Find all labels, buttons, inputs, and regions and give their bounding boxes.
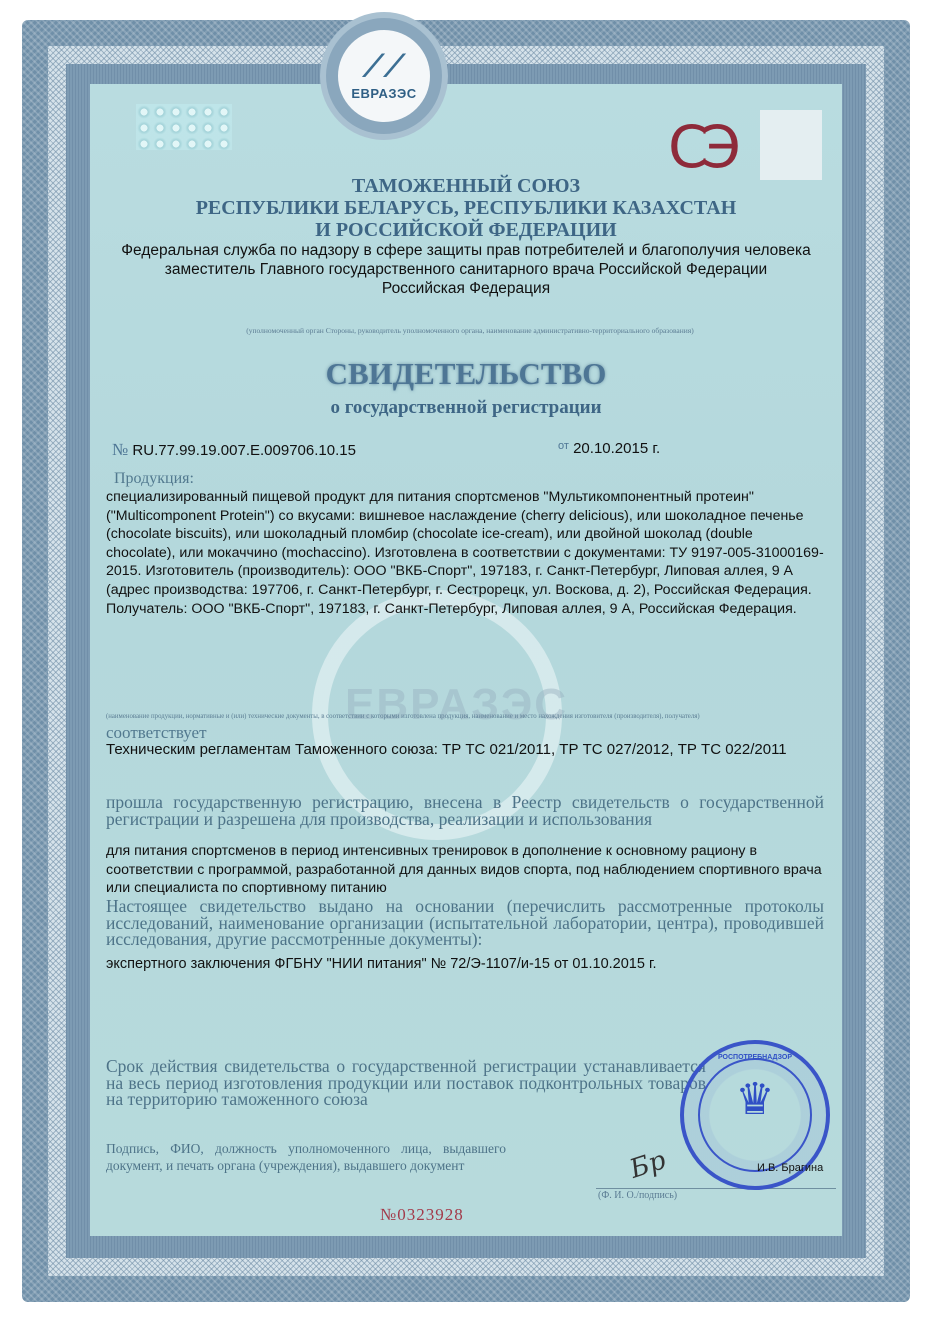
coat-of-arms-stamp-icon: ♛ [684,1078,826,1122]
watermark-text: ЕВРАЗЭС [345,680,568,730]
union-title-line-1: ТАМОЖЕННЫЙ СОЮЗ [100,176,832,196]
authority-line-1: Федеральная служба по надзору в сфере за… [100,241,832,260]
date-prefix: от [558,440,569,452]
product-description: специализированный пищевой продукт для п… [106,488,826,618]
stamp-text: РОСПОТРЕБНАДЗОР [684,1054,826,1061]
authority-line-2: заместитель Главного государственного са… [100,260,832,279]
basis-text: экспертного заключения ФГБНУ "НИИ питани… [106,955,826,974]
compliance-label: соответствует [106,723,207,743]
union-title-line-3: И РОССИЙСКОЙ ФЕДЕРАЦИИ [100,220,832,240]
basis-label: Настоящее свидетельство выдано на основа… [106,898,824,948]
product-label: Продукция: [114,470,194,488]
signer-name: И.В. Брагина [757,1162,823,1174]
certificate-date-row: от 20.10.2015 г. [558,440,660,457]
registration-statement: прошла государственную регистрацию, внес… [106,794,824,827]
serial-number: №0323928 [380,1205,464,1225]
registration-usage: для питания спортсменов в период интенси… [106,842,826,898]
signature-line [596,1188,836,1189]
hologram-pattern [136,104,232,150]
certificate-subtitle: о государственной регистрации [100,397,832,419]
certificate-date: 20.10.2015 г. [573,440,660,457]
security-patch [760,110,822,180]
eurasec-emblem: ⟋⟋ ЕВРАЗЭС [326,18,442,134]
eurasec-logo-icon: ⟋⟋ [363,52,405,82]
authority-caption: (уполномоченный орган Стороны, руководит… [120,326,820,335]
product-caption: (наименование продукции, нормативные и (… [106,713,826,720]
certificate-number-row: № RU.77.99.19.007.Е.009706.10.15 [112,440,356,460]
signature-label: Подпись, ФИО, должность уполномоченного … [106,1140,506,1174]
certificate-title: СВИДЕТЕЛЬСТВО [100,356,832,392]
se-conformity-mark-icon: СЭ [668,118,733,176]
certificate-number: RU.77.99.19.007.Е.009706.10.15 [132,442,356,459]
compliance-text: Техническим регламентам Таможенного союз… [106,741,826,760]
number-prefix: № [112,440,128,459]
validity-text: Срок действия свидетельства о государств… [106,1058,706,1108]
emblem-name: ЕВРАЗЭС [351,86,416,101]
authority-line-3: Российская Федерация [100,279,832,298]
signature-line-caption: (Ф. И. О./подпись) [598,1190,677,1201]
union-title-line-2: РЕСПУБЛИКИ БЕЛАРУСЬ, РЕСПУБЛИКИ КАЗАХСТА… [100,198,832,218]
